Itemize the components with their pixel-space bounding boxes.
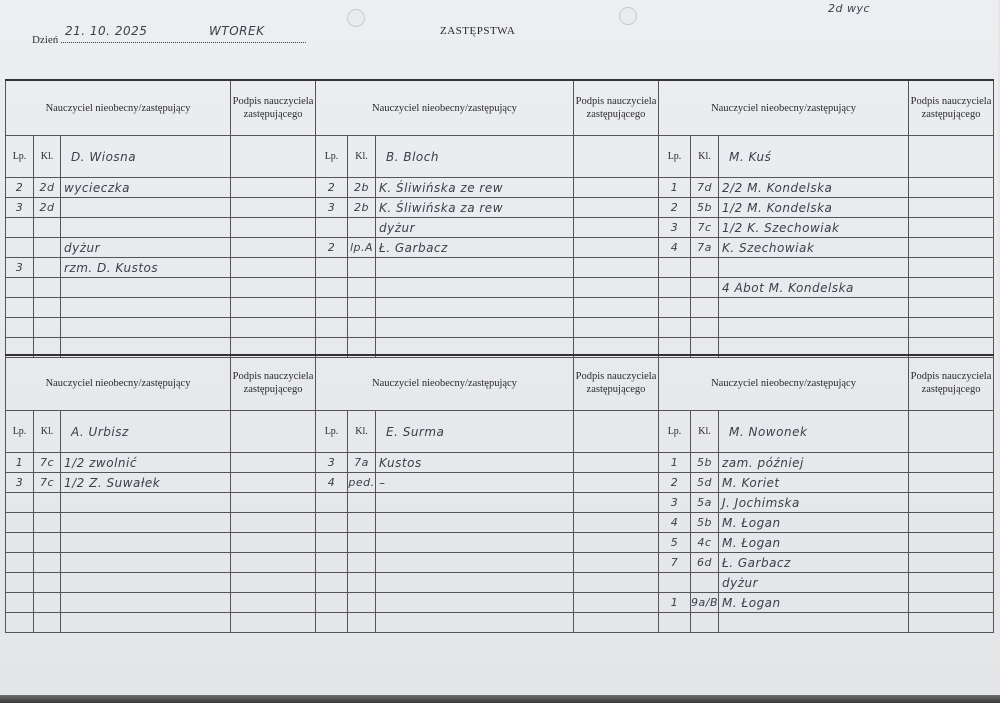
class-cell[interactable]: 7c	[691, 218, 719, 238]
class-cell[interactable]: 5b	[691, 453, 719, 473]
class-cell[interactable]	[34, 318, 61, 338]
signature-cell[interactable]	[231, 198, 316, 218]
class-cell[interactable]: 2d	[34, 178, 61, 198]
signature-cell[interactable]	[909, 613, 994, 633]
substitute-teacher[interactable]	[719, 298, 909, 318]
teacher-column-header: Nauczyciel nieobecny/zastępujący	[6, 355, 231, 411]
substitute-teacher[interactable]: M. Łogan	[719, 593, 909, 613]
table-row	[6, 278, 316, 298]
substitute-teacher[interactable]	[61, 493, 231, 513]
class-cell[interactable]: 2b	[348, 198, 376, 218]
table-row: 15bzam. później	[659, 453, 994, 473]
lesson-number[interactable]	[6, 513, 34, 533]
punch-hole-right	[619, 7, 637, 25]
lesson-number[interactable]	[316, 493, 348, 513]
lesson-number[interactable]	[6, 493, 34, 513]
substitute-teacher[interactable]: M. Łogan	[719, 513, 909, 533]
table-edge	[0, 695, 1000, 703]
class-cell[interactable]: 5b	[691, 513, 719, 533]
lesson-number[interactable]: 1	[659, 178, 691, 198]
table-row	[6, 533, 316, 553]
table-row	[6, 593, 316, 613]
class-cell[interactable]: 9a/B	[691, 593, 719, 613]
class-cell[interactable]: 2b	[348, 178, 376, 198]
class-cell[interactable]	[34, 218, 61, 238]
substitute-teacher[interactable]	[61, 318, 231, 338]
substitute-teacher[interactable]: dyżur	[61, 238, 231, 258]
signature-cell[interactable]	[231, 513, 316, 533]
signature-cell[interactable]	[909, 136, 994, 178]
substitute-teacher[interactable]	[61, 553, 231, 573]
substitute-teacher[interactable]: dyżur	[376, 218, 574, 238]
table-row: 37c1/2 Z. Suwałek	[6, 473, 316, 493]
class-cell[interactable]	[348, 613, 376, 633]
lp-header: Lp.	[316, 411, 348, 453]
date-label: Dzień	[32, 34, 58, 46]
class-cell[interactable]	[348, 573, 376, 593]
signature-cell[interactable]	[909, 278, 994, 298]
lesson-number[interactable]	[659, 258, 691, 278]
page-title: ZASTĘPSTWA	[440, 25, 515, 37]
table-row: 25b1/2 M. Kondelska	[659, 198, 994, 218]
corner-note: 2d wyc	[828, 2, 870, 15]
class-header: Kl.	[34, 411, 61, 453]
table-row: 37aKustos	[316, 453, 659, 473]
signature-cell[interactable]	[574, 613, 659, 633]
substitute-teacher[interactable]: Ł. Garbacz	[376, 238, 574, 258]
class-cell[interactable]	[34, 278, 61, 298]
signature-cell[interactable]	[231, 278, 316, 298]
signature-cell[interactable]	[909, 513, 994, 533]
signature-cell[interactable]	[231, 533, 316, 553]
signature-cell[interactable]	[574, 411, 659, 453]
absent-teacher-name[interactable]: D. Wiosna	[61, 136, 231, 178]
class-cell[interactable]: 4c	[691, 533, 719, 553]
signature-cell[interactable]	[231, 258, 316, 278]
signature-cell[interactable]	[909, 298, 994, 318]
lp-header: Lp.	[316, 136, 348, 178]
substitute-teacher[interactable]: J. Jochimska	[719, 493, 909, 513]
class-header: Kl.	[691, 136, 719, 178]
lesson-number[interactable]: 4	[659, 238, 691, 258]
signature-cell[interactable]	[231, 553, 316, 573]
lesson-number[interactable]	[659, 573, 691, 593]
table-row: 22bK. Śliwińska ze rew	[316, 178, 659, 198]
substitute-teacher[interactable]	[376, 593, 574, 613]
substitute-teacher[interactable]	[376, 513, 574, 533]
signature-cell[interactable]	[909, 473, 994, 493]
lesson-number[interactable]	[6, 553, 34, 573]
table-row: 76dŁ. Garbacz	[659, 553, 994, 573]
substitute-teacher[interactable]: 2/2 M. Kondelska	[719, 178, 909, 198]
table-row: 4ped.–	[316, 473, 659, 493]
class-cell[interactable]	[34, 493, 61, 513]
substitute-teacher[interactable]	[61, 513, 231, 533]
signature-cell[interactable]	[231, 178, 316, 198]
lesson-number[interactable]: 4	[659, 513, 691, 533]
signature-cell[interactable]	[909, 318, 994, 338]
substitute-teacher[interactable]	[376, 258, 574, 278]
table-row	[6, 613, 316, 633]
table-row: 47aK. Szechowiak	[659, 238, 994, 258]
substitute-teacher[interactable]: rzm. D. Kustos	[61, 258, 231, 278]
class-header: Kl.	[348, 411, 376, 453]
class-cell[interactable]: ped.	[348, 473, 376, 493]
lesson-number[interactable]	[316, 533, 348, 553]
class-cell[interactable]: 5b	[691, 198, 719, 218]
lesson-number[interactable]: 3	[6, 258, 34, 278]
table-row	[6, 493, 316, 513]
class-cell[interactable]	[34, 238, 61, 258]
signature-cell[interactable]	[231, 218, 316, 238]
table-row: 54cM. Łogan	[659, 533, 994, 553]
class-cell[interactable]	[348, 258, 376, 278]
class-cell[interactable]	[348, 218, 376, 238]
substitute-teacher[interactable]	[719, 613, 909, 633]
substitute-teacher[interactable]: Kustos	[376, 453, 574, 473]
substitute-teacher[interactable]	[376, 493, 574, 513]
class-cell[interactable]: 7c	[34, 473, 61, 493]
lesson-number[interactable]: 3	[6, 473, 34, 493]
signature-cell[interactable]	[574, 533, 659, 553]
signature-cell[interactable]	[231, 493, 316, 513]
signature-cell[interactable]	[909, 553, 994, 573]
signature-cell[interactable]	[231, 136, 316, 178]
table-row	[659, 298, 994, 318]
class-header: Kl.	[348, 136, 376, 178]
lesson-number[interactable]: 3	[659, 218, 691, 238]
lesson-number[interactable]: 3	[316, 453, 348, 473]
substitute-teacher[interactable]: 1/2 Z. Suwałek	[61, 473, 231, 493]
lesson-number[interactable]	[6, 613, 34, 633]
substitute-teacher[interactable]	[376, 318, 574, 338]
class-cell[interactable]: 7d	[691, 178, 719, 198]
lesson-number[interactable]: 2	[6, 178, 34, 198]
substitute-teacher[interactable]	[61, 278, 231, 298]
class-cell[interactable]	[691, 278, 719, 298]
signature-cell[interactable]	[909, 258, 994, 278]
class-cell[interactable]: 7a	[348, 453, 376, 473]
substitute-teacher[interactable]	[61, 573, 231, 593]
table-row	[6, 298, 316, 318]
substitute-teacher[interactable]	[376, 613, 574, 633]
signature-cell[interactable]	[574, 473, 659, 493]
class-cell[interactable]	[34, 513, 61, 533]
signature-cell[interactable]	[574, 553, 659, 573]
lesson-number[interactable]: 4	[316, 473, 348, 493]
class-cell[interactable]	[348, 318, 376, 338]
lesson-number[interactable]: 1	[659, 453, 691, 473]
signature-cell[interactable]	[909, 218, 994, 238]
substitute-teacher[interactable]	[61, 198, 231, 218]
lesson-number[interactable]	[659, 278, 691, 298]
lesson-number[interactable]	[6, 593, 34, 613]
substitution-block: Nauczyciel nieobecny/zastępującyPodpis n…	[658, 79, 994, 358]
signature-cell[interactable]	[574, 198, 659, 218]
substitute-teacher[interactable]	[376, 533, 574, 553]
absent-teacher-name[interactable]: M. Nowonek	[719, 411, 909, 453]
substitution-block: Nauczyciel nieobecny/zastępującyPodpis n…	[315, 79, 659, 358]
class-cell[interactable]	[34, 593, 61, 613]
lesson-number[interactable]	[659, 298, 691, 318]
lesson-number[interactable]: 5	[659, 533, 691, 553]
table-row	[316, 258, 659, 278]
substitution-block: Nauczyciel nieobecny/zastępującyPodpis n…	[5, 354, 316, 633]
signature-cell[interactable]	[574, 178, 659, 198]
signature-cell[interactable]	[231, 573, 316, 593]
class-cell[interactable]	[348, 553, 376, 573]
table-row: 37c1/2 K. Szechowiak	[659, 218, 994, 238]
lesson-number[interactable]: 2	[659, 198, 691, 218]
lesson-number[interactable]	[316, 553, 348, 573]
lesson-number[interactable]	[6, 218, 34, 238]
substitute-teacher[interactable]	[61, 298, 231, 318]
signature-cell[interactable]	[574, 493, 659, 513]
class-cell[interactable]	[34, 533, 61, 553]
substitute-teacher[interactable]	[61, 218, 231, 238]
class-cell[interactable]	[34, 298, 61, 318]
class-cell[interactable]	[348, 278, 376, 298]
class-cell[interactable]	[34, 573, 61, 593]
teacher-column-header: Nauczyciel nieobecny/zastępujący	[659, 80, 909, 136]
class-cell[interactable]	[34, 258, 61, 278]
substitute-teacher[interactable]: K. Śliwińska ze rew	[376, 178, 574, 198]
lesson-number[interactable]	[6, 318, 34, 338]
table-row	[6, 318, 316, 338]
signature-cell[interactable]	[574, 218, 659, 238]
lesson-number[interactable]: 3	[659, 493, 691, 513]
class-cell[interactable]	[348, 493, 376, 513]
class-cell[interactable]	[348, 593, 376, 613]
lesson-number[interactable]: 7	[659, 553, 691, 573]
substitute-teacher[interactable]: –	[376, 473, 574, 493]
class-header: Kl.	[691, 411, 719, 453]
lesson-number[interactable]	[316, 258, 348, 278]
class-cell[interactable]	[348, 533, 376, 553]
date-value: 21. 10. 2025	[65, 24, 147, 38]
signature-cell[interactable]	[574, 278, 659, 298]
signature-cell[interactable]	[231, 613, 316, 633]
teacher-column-header: Nauczyciel nieobecny/zastępujący	[659, 355, 909, 411]
signature-cell[interactable]	[909, 573, 994, 593]
lesson-number[interactable]	[316, 278, 348, 298]
class-cell[interactable]	[691, 318, 719, 338]
signature-cell[interactable]	[231, 473, 316, 493]
lesson-number[interactable]	[316, 573, 348, 593]
signature-cell[interactable]	[909, 453, 994, 473]
signature-cell[interactable]	[574, 593, 659, 613]
table-row: 35aJ. Jochimska	[659, 493, 994, 513]
lesson-number[interactable]: 1	[659, 593, 691, 613]
class-cell[interactable]	[34, 613, 61, 633]
signature-cell[interactable]	[231, 318, 316, 338]
class-cell[interactable]: 5a	[691, 493, 719, 513]
table-row	[659, 258, 994, 278]
lesson-number[interactable]	[6, 238, 34, 258]
signature-column-header: Podpis nauczyciela zastępującego	[574, 80, 659, 136]
teacher-column-header: Nauczyciel nieobecny/zastępujący	[6, 80, 231, 136]
table-row: dyżur	[6, 238, 316, 258]
substitute-teacher[interactable]: 4 Abot M. Kondelska	[719, 278, 909, 298]
lp-header: Lp.	[659, 136, 691, 178]
table-row	[316, 513, 659, 533]
substitution-block: Nauczyciel nieobecny/zastępującyPodpis n…	[315, 354, 659, 633]
signature-cell[interactable]	[231, 593, 316, 613]
table-row	[659, 613, 994, 633]
table-row: 19a/BM. Łogan	[659, 593, 994, 613]
substitute-teacher[interactable]: zam. później	[719, 453, 909, 473]
substitute-teacher[interactable]: wycieczka	[61, 178, 231, 198]
table-row: 22dwycieczka	[6, 178, 316, 198]
substitute-teacher[interactable]: Ł. Garbacz	[719, 553, 909, 573]
class-cell[interactable]: 6d	[691, 553, 719, 573]
substitute-teacher[interactable]	[376, 573, 574, 593]
lesson-number[interactable]	[316, 318, 348, 338]
teacher-column-header: Nauczyciel nieobecny/zastępujący	[316, 80, 574, 136]
signature-cell[interactable]	[574, 453, 659, 473]
lesson-number[interactable]	[316, 218, 348, 238]
lesson-number[interactable]	[316, 513, 348, 533]
lesson-number[interactable]: 1	[6, 453, 34, 473]
substitute-teacher[interactable]	[61, 533, 231, 553]
table-row	[6, 218, 316, 238]
absent-teacher-name[interactable]: E. Surma	[376, 411, 574, 453]
table-row: 32bK. Śliwińska za rew	[316, 198, 659, 218]
signature-cell[interactable]	[574, 136, 659, 178]
signature-cell[interactable]	[231, 411, 316, 453]
lesson-number[interactable]	[6, 533, 34, 553]
signature-cell[interactable]	[574, 298, 659, 318]
absent-teacher-name[interactable]: A. Urbisz	[61, 411, 231, 453]
lesson-number[interactable]: 2	[316, 178, 348, 198]
table-row: 32d	[6, 198, 316, 218]
signature-cell[interactable]	[909, 178, 994, 198]
table-row: 2lp.AŁ. Garbacz	[316, 238, 659, 258]
substitute-teacher[interactable]	[61, 593, 231, 613]
signature-cell[interactable]	[909, 593, 994, 613]
table-row	[316, 533, 659, 553]
class-cell[interactable]	[348, 513, 376, 533]
table-row	[6, 513, 316, 533]
signature-cell[interactable]	[574, 238, 659, 258]
class-cell[interactable]	[691, 298, 719, 318]
signature-cell[interactable]	[909, 533, 994, 553]
signature-cell[interactable]	[231, 453, 316, 473]
table-row	[6, 573, 316, 593]
class-cell[interactable]: 7c	[34, 453, 61, 473]
lesson-number[interactable]	[6, 298, 34, 318]
signature-column-header: Podpis nauczyciela zastępującego	[909, 355, 994, 411]
lesson-number[interactable]	[316, 613, 348, 633]
lesson-number[interactable]: 2	[316, 238, 348, 258]
signature-cell[interactable]	[231, 298, 316, 318]
table-row	[316, 553, 659, 573]
lesson-number[interactable]	[316, 593, 348, 613]
lesson-number[interactable]	[6, 278, 34, 298]
table-row: 17d2/2 M. Kondelska	[659, 178, 994, 198]
class-cell[interactable]	[34, 553, 61, 573]
substitute-teacher[interactable]	[719, 318, 909, 338]
lp-header: Lp.	[6, 136, 34, 178]
class-cell[interactable]	[691, 258, 719, 278]
table-row: 25dM. Koriet	[659, 473, 994, 493]
substitute-teacher[interactable]	[376, 278, 574, 298]
substitute-teacher[interactable]: M. Koriet	[719, 473, 909, 493]
signature-column-header: Podpis nauczyciela zastępującego	[909, 80, 994, 136]
absent-teacher-name[interactable]: B. Bloch	[376, 136, 574, 178]
signature-cell[interactable]	[231, 238, 316, 258]
table-row	[316, 298, 659, 318]
absent-teacher-name[interactable]: M. Kuś	[719, 136, 909, 178]
substitution-block: Nauczyciel nieobecny/zastępującyPodpis n…	[658, 354, 994, 633]
teacher-column-header: Nauczyciel nieobecny/zastępujący	[316, 355, 574, 411]
substitute-teacher[interactable]: 1/2 M. Kondelska	[719, 198, 909, 218]
substitute-teacher[interactable]: K. Śliwińska za rew	[376, 198, 574, 218]
class-header: Kl.	[34, 136, 61, 178]
table-row	[316, 278, 659, 298]
signature-column-header: Podpis nauczyciela zastępującego	[231, 355, 316, 411]
lesson-number[interactable]	[659, 613, 691, 633]
substitute-teacher[interactable]: 1/2 K. Szechowiak	[719, 218, 909, 238]
substitute-teacher[interactable]: M. Łogan	[719, 533, 909, 553]
signature-column-header: Podpis nauczyciela zastępującego	[231, 80, 316, 136]
signature-cell[interactable]	[909, 198, 994, 218]
signature-cell[interactable]	[909, 493, 994, 513]
table-row: 3rzm. D. Kustos	[6, 258, 316, 278]
substitute-teacher[interactable]: K. Szechowiak	[719, 238, 909, 258]
class-cell[interactable]: 2d	[34, 198, 61, 218]
lesson-number[interactable]: 3	[6, 198, 34, 218]
signature-cell[interactable]	[909, 411, 994, 453]
substitute-teacher[interactable]: dyżur	[719, 573, 909, 593]
signature-cell[interactable]	[574, 258, 659, 278]
table-row	[316, 493, 659, 513]
table-row	[316, 613, 659, 633]
class-cell[interactable]: 7a	[691, 238, 719, 258]
table-row	[316, 318, 659, 338]
class-cell[interactable]	[348, 298, 376, 318]
table-row: 45bM. Łogan	[659, 513, 994, 533]
lesson-number[interactable]	[6, 573, 34, 593]
table-row: dyżur	[659, 573, 994, 593]
lesson-number[interactable]: 2	[659, 473, 691, 493]
substitute-teacher[interactable]	[376, 298, 574, 318]
signature-cell[interactable]	[574, 573, 659, 593]
table-row	[316, 593, 659, 613]
class-cell[interactable]: lp.A	[348, 238, 376, 258]
lesson-number[interactable]	[659, 318, 691, 338]
lesson-number[interactable]: 3	[316, 198, 348, 218]
lesson-number[interactable]	[316, 298, 348, 318]
class-cell[interactable]: 5d	[691, 473, 719, 493]
signature-cell[interactable]	[574, 513, 659, 533]
class-cell[interactable]	[691, 613, 719, 633]
substitute-teacher[interactable]: 1/2 zwolnić	[61, 453, 231, 473]
table-row	[316, 573, 659, 593]
substitute-teacher[interactable]	[61, 613, 231, 633]
signature-cell[interactable]	[909, 238, 994, 258]
table-row	[6, 553, 316, 573]
table-row	[659, 318, 994, 338]
substitute-teacher[interactable]	[719, 258, 909, 278]
lp-header: Lp.	[6, 411, 34, 453]
substitute-teacher[interactable]	[376, 553, 574, 573]
lp-header: Lp.	[659, 411, 691, 453]
class-cell[interactable]	[691, 573, 719, 593]
date-line: Dzień 21. 10. 2025 WTOREK	[32, 30, 306, 46]
signature-column-header: Podpis nauczyciela zastępującego	[574, 355, 659, 411]
signature-cell[interactable]	[574, 318, 659, 338]
